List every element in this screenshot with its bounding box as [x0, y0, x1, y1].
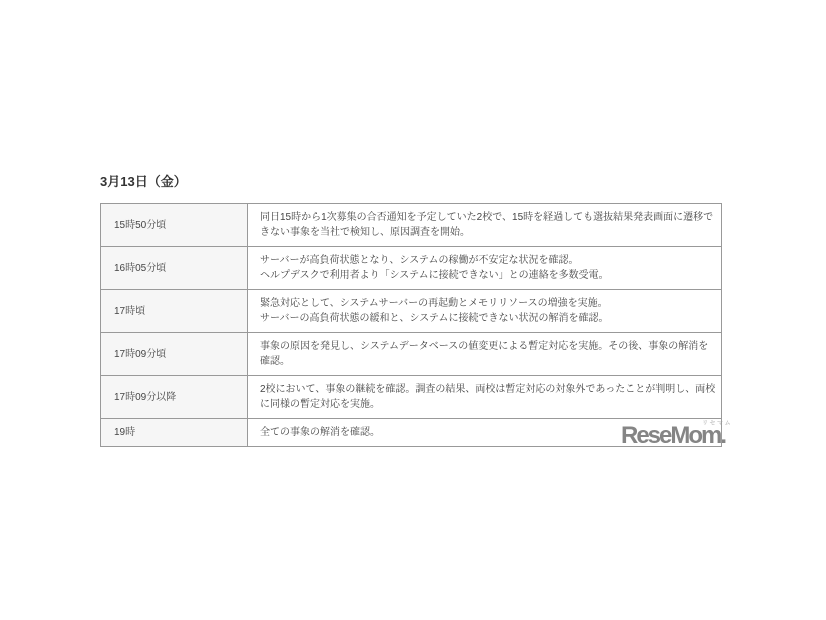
resemom-ruby-label: リセマム — [702, 418, 732, 427]
timeline-row: 17時09分以降 2校において、事象の継続を確認。調査の結果、両校は暫定対応の対… — [101, 376, 722, 419]
timeline-row: 17時頃 緊急対応として、システムサーバーの再起動とメモリリソースの増強を実施。… — [101, 290, 722, 333]
timeline-time-cell: 17時09分頃 — [101, 333, 248, 376]
timeline-table: 15時50分頃 同日15時から1次募集の合否通知を予定していた2校で、15時を経… — [100, 203, 722, 447]
article-image: 3月13日（金） 15時50分頃 同日15時から1次募集の合否通知を予定していた… — [0, 0, 826, 620]
timeline-time-cell: 19時 — [101, 419, 248, 447]
incident-timeline-section: 3月13日（金） 15時50分頃 同日15時から1次募集の合否通知を予定していた… — [100, 175, 722, 447]
timeline-time-cell: 16時05分頃 — [101, 247, 248, 290]
timeline-desc-cell: 緊急対応として、システムサーバーの再起動とメモリリソースの増強を実施。 サーバー… — [248, 290, 722, 333]
timeline-time-cell: 17時頃 — [101, 290, 248, 333]
timeline-row: 15時50分頃 同日15時から1次募集の合否通知を予定していた2校で、15時を経… — [101, 204, 722, 247]
timeline-table-body: 15時50分頃 同日15時から1次募集の合否通知を予定していた2校で、15時を経… — [101, 204, 722, 447]
timeline-desc-cell: サーバーが高負荷状態となり、システムの稼働が不安定な状況を確認。 ヘルプデスクで… — [248, 247, 722, 290]
resemom-watermark: リセマム ReseMom. — [621, 419, 826, 448]
timeline-time-cell: 15時50分頃 — [101, 204, 248, 247]
timeline-time-cell: 17時09分以降 — [101, 376, 248, 419]
date-heading: 3月13日（金） — [100, 175, 722, 189]
timeline-desc-cell: 同日15時から1次募集の合否通知を予定していた2校で、15時を経過しても選抜結果… — [248, 204, 722, 247]
timeline-row: 16時05分頃 サーバーが高負荷状態となり、システムの稼働が不安定な状況を確認。… — [101, 247, 722, 290]
timeline-row: 17時09分頃 事象の原因を発見し、システムデータベースの値変更による暫定対応を… — [101, 333, 722, 376]
timeline-desc-cell: 事象の原因を発見し、システムデータベースの値変更による暫定対応を実施。その後、事… — [248, 333, 722, 376]
resemom-brand-text: ReseMom. — [621, 424, 725, 448]
timeline-desc-cell: 2校において、事象の継続を確認。調査の結果、両校は暫定対応の対象外であったことが… — [248, 376, 722, 419]
